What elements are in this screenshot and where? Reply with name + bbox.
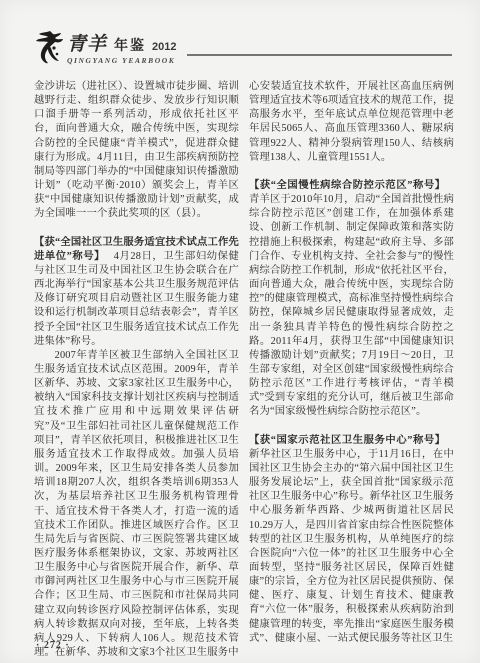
title-subtitle: QINGYANG YEARBOOK xyxy=(67,57,177,65)
entry-paragraph: 【获“国家示范社区卫生服务中心”称号】新华社区卫生服务中心，于11月16日，在中… xyxy=(249,434,454,646)
right-column: 心安装适宜技术软件，开展社区高血压病例管理适宜技术等6项适宜技术的规范工作，提高… xyxy=(249,80,454,660)
title-block: 青羊 年鉴 2012 QINGYANG YEARBOOK xyxy=(67,35,177,65)
title-regular: 年鉴 xyxy=(114,39,146,54)
title-year: 2012 xyxy=(152,41,176,53)
header-rule xyxy=(187,54,453,56)
paragraph: 心安装适宜技术软件，开展社区高血压病例管理适宜技术等6项适宜技术的规范工作，提高… xyxy=(249,80,454,165)
paragraph: 金沙讲坛（进社区）、设置城市徒步圈、培训越野行走、组织群众徒步、发放步行知识顺口… xyxy=(34,80,239,222)
title-script: 青羊 xyxy=(67,33,107,55)
goat-calligraphy-logo-icon xyxy=(34,30,64,64)
title-line: 青羊 年鉴 2012 xyxy=(67,35,177,54)
entry-paragraph: 【获“全国慢性病综合防控示范区”称号】青羊区于2010年10月，启动“全国首批慢… xyxy=(249,179,454,420)
yearbook-page: 青羊 年鉴 2012 QINGYANG YEARBOOK 金沙讲坛（进社区）、设… xyxy=(0,0,480,663)
entry-heading: 【获“全国社区卫生服务适宜技术试点工作先进单位”称号】 xyxy=(34,237,239,262)
page-number: · 272 · xyxy=(36,640,70,651)
page-header: 青羊 年鉴 2012 QINGYANG YEARBOOK xyxy=(34,30,454,64)
entry-heading: 【获“全国慢性病综合防控示范区”称号】 xyxy=(249,180,454,191)
entry-paragraph: 【获“全国社区卫生服务适宜技术试点工作先进单位”称号】4月28日，卫生部妇幼保健… xyxy=(34,236,239,349)
paragraph: 2007年青羊区被卫生部纳入全国社区卫生服务适宜技术试点区范围。2009年，青羊… xyxy=(34,349,239,660)
left-column: 金沙讲坛（进社区）、设置城市徒步圈、培训越野行走、组织群众徒步、发放步行知识顺口… xyxy=(34,80,239,660)
entry-heading: 【获“国家示范社区卫生服务中心”称号】 xyxy=(249,435,454,446)
text-columns: 金沙讲坛（进社区）、设置城市徒步圈、培训越野行走、组织群众徒步、发放步行知识顺口… xyxy=(34,80,454,660)
